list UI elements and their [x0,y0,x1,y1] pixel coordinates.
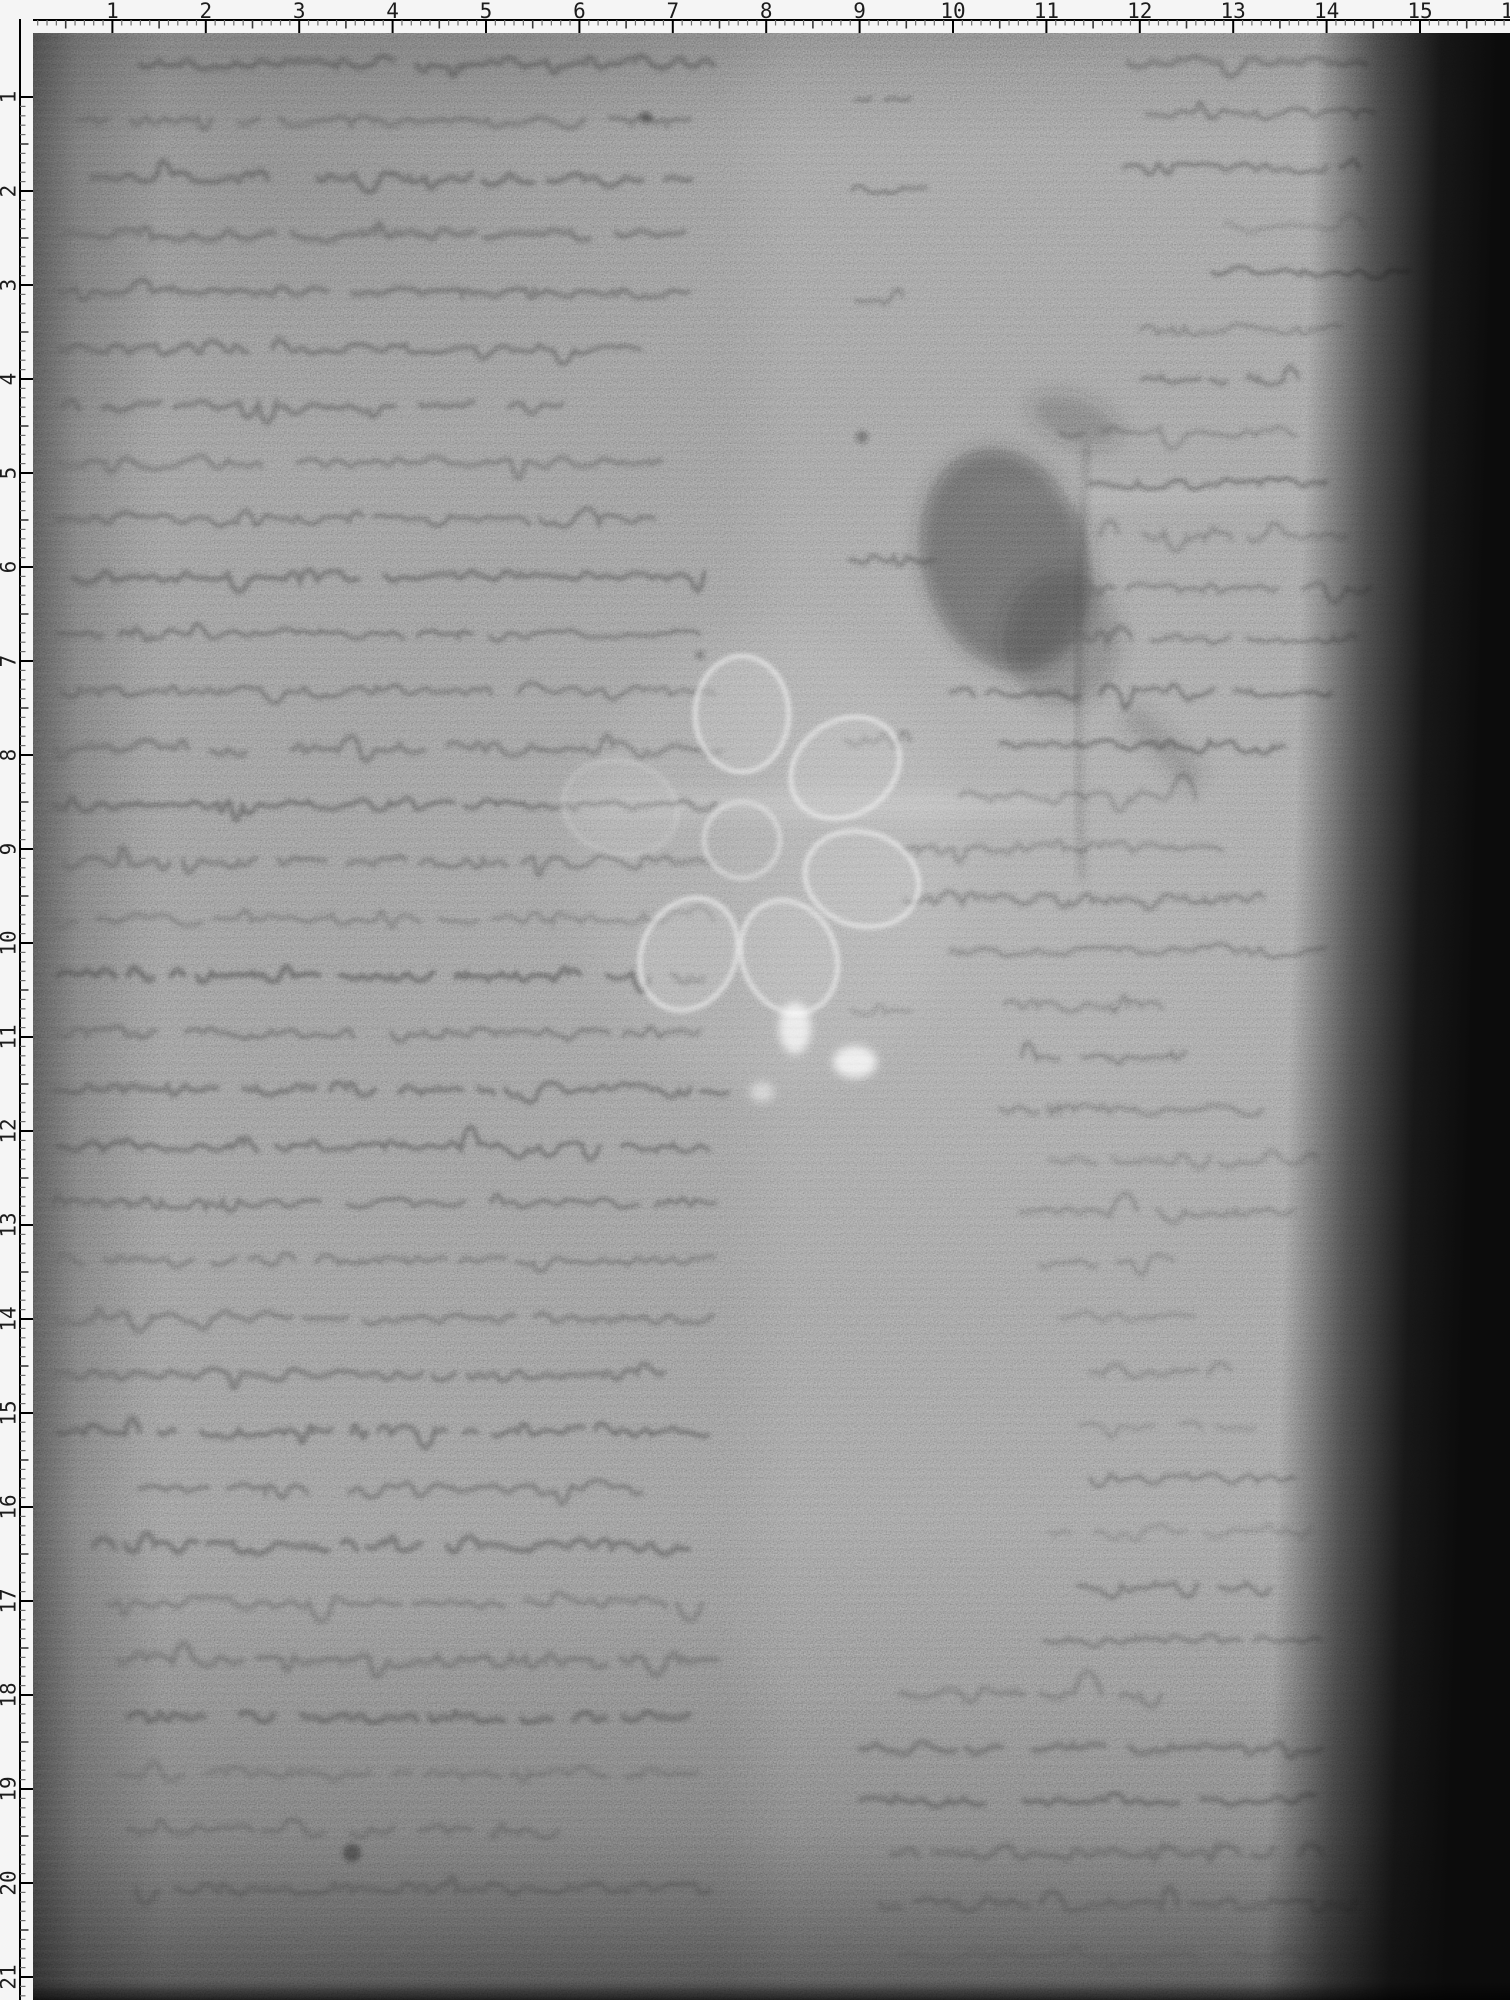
top-ruler-number: 12 [1127,1,1152,22]
left-ruler-number: 15 [0,1400,20,1425]
top-ruler-number: 6 [573,1,586,22]
top-ruler-number: 5 [480,1,493,22]
scanned-manuscript-page: 012345678910111213141516 123456789101112… [0,0,1510,2000]
top-ruler-number: 8 [760,1,773,22]
top-ruler-number: 14 [1314,1,1339,22]
left-ruler-number: 9 [0,843,20,856]
left-ruler-number: 16 [0,1494,20,1519]
left-ruler-number: 11 [0,1024,20,1049]
top-ruler-ticks [0,0,1510,33]
left-ruler: 123456789101112131415161718192021 [0,0,33,2000]
top-ruler-number: 1 [106,1,119,22]
left-ruler-number: 8 [0,749,20,762]
left-ruler-number: 17 [0,1588,20,1613]
left-ruler-number: 13 [0,1212,20,1237]
shadow-band-right [1210,33,1510,2000]
top-ruler-number: 11 [1034,1,1059,22]
left-ruler-number: 21 [0,1964,20,1989]
left-ruler-number: 3 [0,279,20,292]
top-ruler: 012345678910111213141516 [0,0,1510,33]
top-ruler-number: 15 [1407,1,1432,22]
left-ruler-number: 1 [0,91,20,104]
top-ruler-number: 4 [386,1,399,22]
top-ruler-number: 9 [853,1,866,22]
top-ruler-number: 3 [293,1,306,22]
left-ruler-number: 5 [0,467,20,480]
left-ruler-number: 2 [0,185,20,198]
left-ruler-number: 7 [0,655,20,668]
manuscript-photo [33,33,1510,2000]
left-ruler-number: 6 [0,561,20,574]
left-ruler-number: 4 [0,373,20,386]
left-ruler-number: 14 [0,1306,20,1331]
left-ruler-number: 20 [0,1870,20,1895]
top-ruler-number: 10 [940,1,965,22]
bottom-edge-shadow [33,1982,1510,2000]
left-ruler-number: 12 [0,1118,20,1143]
left-ruler-number: 18 [0,1682,20,1707]
top-ruler-number: 7 [666,1,679,22]
left-ruler-number: 19 [0,1776,20,1801]
top-ruler-number: 16 [1501,1,1510,22]
left-ruler-number: 10 [0,930,20,955]
top-ruler-number: 2 [199,1,212,22]
top-ruler-number: 13 [1221,1,1246,22]
